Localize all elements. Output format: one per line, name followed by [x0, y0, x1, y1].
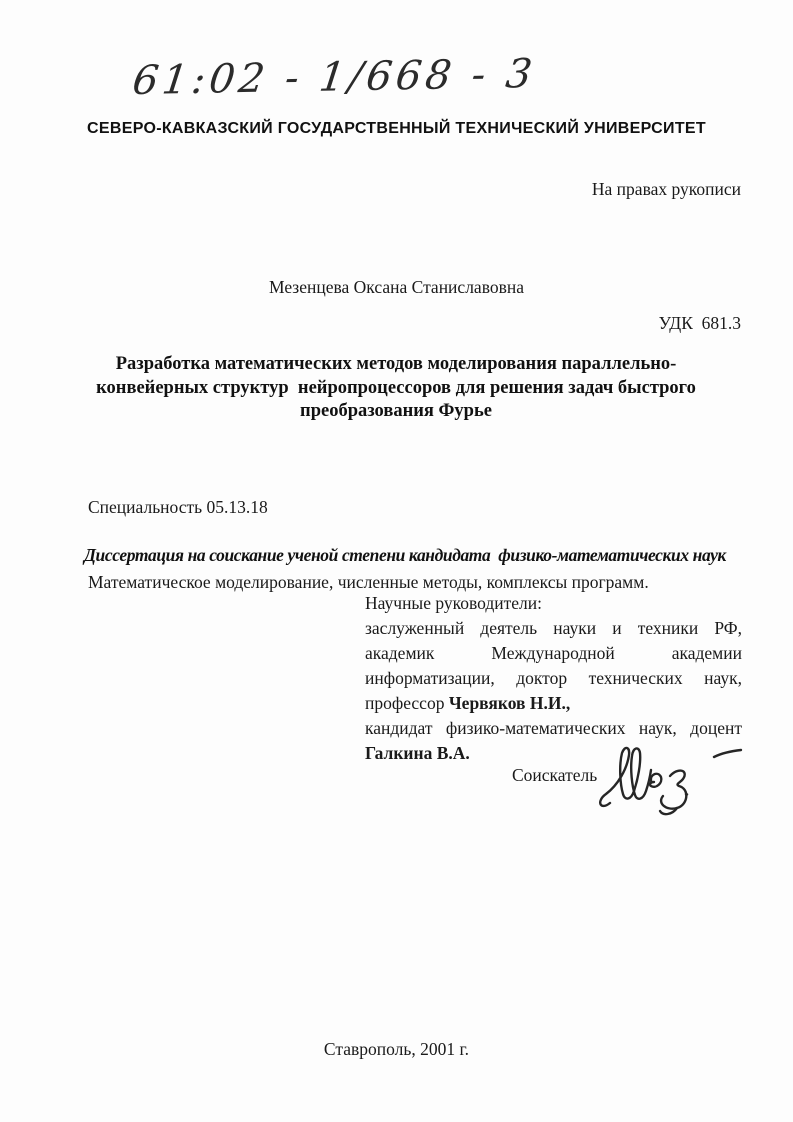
applicant-label: Соискатель — [512, 765, 597, 786]
supervisor-name-chervyakov: Червяков Н.И., — [449, 693, 570, 713]
supervisor-name-galkina: Галкина В.А. — [365, 743, 470, 763]
supervisor-line: профессор Червяков Н.И., — [365, 691, 742, 716]
handwritten-signature — [594, 737, 752, 819]
title-line-2: конвейерных структур нейропроцессоров дл… — [56, 377, 736, 401]
supervisor-line: информатизации, доктор технических наук, — [365, 666, 742, 691]
udk-classification-number: УДК 681.3 — [659, 313, 741, 334]
supervisors-heading: Научные руководители: — [365, 591, 742, 616]
supervisor-line: академик Международной академии — [365, 641, 742, 666]
title-line-3: преобразования Фурье — [56, 400, 736, 424]
scanned-title-page: 61:02 - 1/668 - 3 СЕВЕРО-КАВКАЗСКИЙ ГОСУ… — [0, 0, 793, 1122]
manuscript-rights-note: На правах рукописи — [592, 179, 741, 200]
university-name-header: СЕВЕРО-КАВКАЗСКИЙ ГОСУДАРСТВЕННЫЙ ТЕХНИЧ… — [0, 120, 793, 138]
handwritten-catalog-number: 61:02 - 1/668 - 3 — [130, 51, 538, 104]
supervisor-title-text: профессор — [365, 693, 449, 713]
title-line-1: Разработка математических методов модели… — [56, 353, 736, 377]
degree-statement-line: Диссертация на соискание ученой степени … — [84, 545, 705, 566]
author-name: Мезенцева Оксана Станиславовна — [0, 277, 793, 298]
city-and-year: Ставрополь, 2001 г. — [0, 1039, 793, 1060]
specialty-code: Специальность 05.13.18 — [88, 495, 649, 520]
dissertation-title: Разработка математических методов модели… — [56, 353, 736, 424]
supervisor-line: заслуженный деятель науки и техники РФ, — [365, 616, 742, 641]
